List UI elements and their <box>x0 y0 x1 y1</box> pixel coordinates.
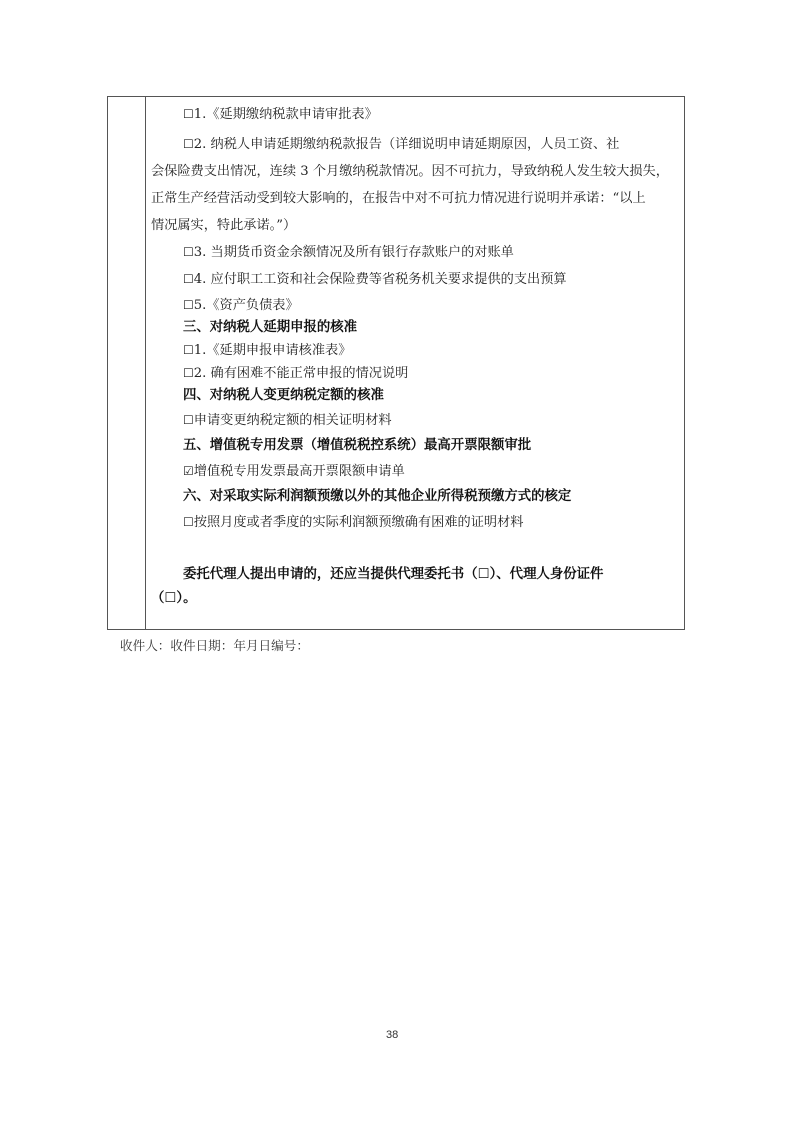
table-content-cell: ☐1.《延期缴纳税款申请审批表》 ☐2. 纳税人申请延期缴纳税款报告（详细说明申… <box>146 97 684 629</box>
item-continuation-line: 正常生产经营活动受到较大影响的，在报告中对不可抗力情况进行说明并承诺：“以上 <box>151 187 646 206</box>
item-label: 1.《延期申报申请核准表》 <box>194 343 352 358</box>
item-label: 1.《延期缴纳税款申请审批表》 <box>194 107 378 122</box>
heading-income-tax-prepay: 六、对采取实际利润额预缴以外的其他企业所得税预缴方式的核定 <box>183 485 571 504</box>
item-vat-invoice-limit-form: ☑增值税专用发票最高开票限额申请单 <box>183 460 405 479</box>
item-expense-budget: ☐4. 应付职工工资和社会保险费等省税务机关要求提供的支出预算 <box>183 268 567 287</box>
checkbox-unchecked-icon[interactable]: ☐ <box>183 515 194 529</box>
table-left-column <box>108 97 146 629</box>
checkbox-checked-icon[interactable]: ☑ <box>183 464 194 478</box>
agent-note-line-2: （☐）。 <box>151 587 196 606</box>
item-deferred-payment-form: ☐1.《延期缴纳税款申请审批表》 <box>183 103 378 122</box>
checkbox-unchecked-icon[interactable]: ☐ <box>183 272 194 286</box>
item-label: 申请变更纳税定额的相关证明材料 <box>194 413 392 428</box>
checkbox-unchecked-icon[interactable]: ☐ <box>183 298 194 312</box>
checkbox-unchecked-icon[interactable]: ☐ <box>183 366 194 380</box>
item-label: 按照月度或者季度的实际利润额预缴确有困难的证明材料 <box>194 515 524 530</box>
checkbox-unchecked-icon[interactable]: ☐ <box>183 107 194 121</box>
checkbox-unchecked-icon[interactable]: ☐ <box>183 245 194 259</box>
item-continuation-line: 会保险费支出情况，连续 3 个月缴纳税款情况。因不可抗力，导致纳税人发生较大损失… <box>151 160 669 179</box>
heading-vat-invoice-limit: 五、增值税专用发票（增值税税控系统）最高开票限额审批 <box>183 434 531 453</box>
item-continuation-line: 情况属实，特此承诺。”） <box>151 214 296 233</box>
item-difficulty-statement: ☐2. 确有困难不能正常申报的情况说明 <box>183 362 408 381</box>
item-deferred-payment-report: ☐2. 纳税人申请延期缴纳税款报告（详细说明申请延期原因，人员工资、社 <box>183 133 619 152</box>
item-label: 5.《资产负债表》 <box>194 298 299 313</box>
item-label: 2. 确有困难不能正常申报的情况说明 <box>194 366 409 381</box>
receipt-footer: 收件人：收件日期：年月日编号： <box>120 635 309 654</box>
item-quota-change-proof: ☐申请变更纳税定额的相关证明材料 <box>183 409 392 428</box>
agent-note-line-1: 委托代理人提出申请的，还应当提供代理委托书（☐）、代理人身份证件 <box>183 563 603 582</box>
item-label: 4. 应付职工工资和社会保险费等省税务机关要求提供的支出预算 <box>194 272 567 287</box>
checkbox-unchecked-icon[interactable]: ☐ <box>183 137 194 151</box>
item-bank-statements: ☐3. 当期货币资金余额情况及所有银行存款账户的对账单 <box>183 241 514 260</box>
item-deferred-filing-form: ☐1.《延期申报申请核准表》 <box>183 339 351 358</box>
checkbox-unchecked-icon[interactable]: ☐ <box>183 413 194 427</box>
item-balance-sheet: ☐5.《资产负债表》 <box>183 294 299 313</box>
heading-quota-change: 四、对纳税人变更纳税定额的核准 <box>183 384 384 403</box>
page-number: 38 <box>386 1029 398 1041</box>
item-label: 3. 当期货币资金余额情况及所有银行存款账户的对账单 <box>194 245 514 260</box>
item-label: 2. 纳税人申请延期缴纳税款报告（详细说明申请延期原因，人员工资、社 <box>194 137 620 152</box>
item-income-tax-proof: ☐按照月度或者季度的实际利润额预缴确有困难的证明材料 <box>183 511 523 530</box>
checkbox-unchecked-icon[interactable]: ☐ <box>183 343 194 357</box>
application-materials-table: ☐1.《延期缴纳税款申请审批表》 ☐2. 纳税人申请延期缴纳税款报告（详细说明申… <box>107 96 685 630</box>
heading-deferred-filing: 三、对纳税人延期申报的核准 <box>183 316 357 335</box>
item-label: 增值税专用发票最高开票限额申请单 <box>194 464 405 479</box>
